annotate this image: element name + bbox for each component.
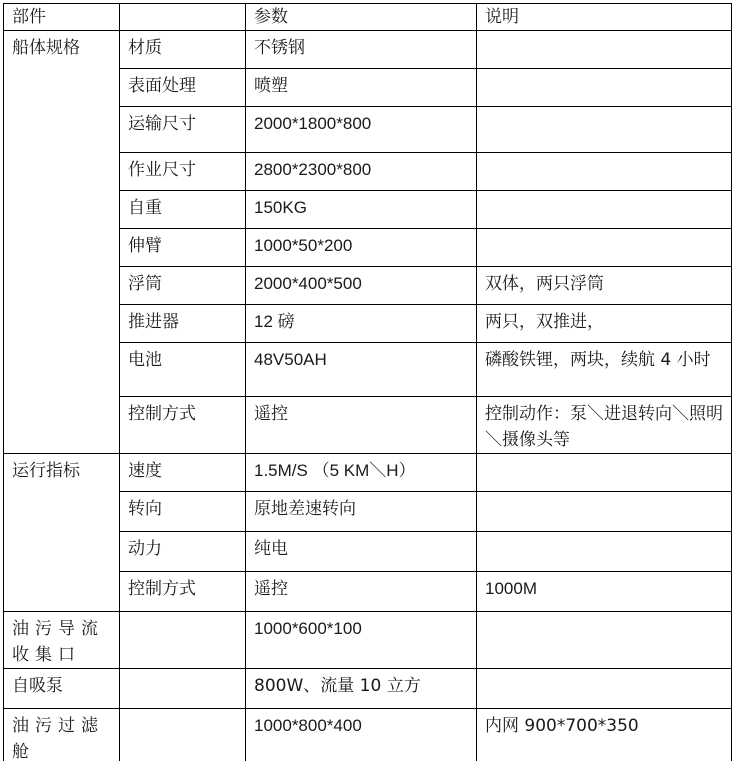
note-cell: 内网 900*700*350: [477, 709, 732, 761]
note-cell: [477, 492, 732, 532]
item-cell: 材质: [120, 31, 246, 69]
header-row: 部件 参数 说明: [4, 4, 732, 31]
part-cell: 自吸泵: [4, 669, 120, 709]
param-cell: 150KG: [246, 191, 477, 229]
header-part: 部件: [4, 4, 120, 31]
note-cell: [477, 69, 732, 107]
param-cell: 1000*600*100: [246, 612, 477, 669]
note-cell: [477, 669, 732, 709]
param-cell: 喷塑: [246, 69, 477, 107]
param-cell: 遥控: [246, 572, 477, 612]
note-cell: 磷酸铁锂，两块，续航 4 小时: [477, 343, 732, 397]
note-cell: [477, 229, 732, 267]
param-cell: 原地差速转向: [246, 492, 477, 532]
param-cell: 2000*400*500: [246, 267, 477, 305]
item-cell: 表面处理: [120, 69, 246, 107]
note-cell: [477, 612, 732, 669]
param-cell: 不锈钢: [246, 31, 477, 69]
item-cell: [120, 612, 246, 669]
table-row: 船体规格 材质 不锈钢: [4, 31, 732, 69]
param-cell: 纯电: [246, 532, 477, 572]
item-cell: 伸臂: [120, 229, 246, 267]
item-cell: 推进器: [120, 305, 246, 343]
param-cell: 1000*50*200: [246, 229, 477, 267]
item-cell: 运输尺寸: [120, 107, 246, 153]
header-param: 参数: [246, 4, 477, 31]
note-cell: [477, 31, 732, 69]
header-note: 说明: [477, 4, 732, 31]
header-item: [120, 4, 246, 31]
item-cell: 控制方式: [120, 397, 246, 454]
group-label-operation: 运行指标: [4, 454, 120, 612]
note-cell: [477, 454, 732, 492]
table-row: 油污导流收集口 1000*600*100: [4, 612, 732, 669]
param-cell: 12 磅: [246, 305, 477, 343]
param-cell: 2000*1800*800: [246, 107, 477, 153]
table-row: 油污过滤舱 1000*800*400 内网 900*700*350: [4, 709, 732, 761]
note-cell: 控制动作：泵＼进退转向＼照明＼摄像头等: [477, 397, 732, 454]
part-cell: 油污导流收集口: [4, 612, 120, 669]
param-cell: 800W、流量 10 立方: [246, 669, 477, 709]
param-cell: 1.5M/S （5 KM＼H）: [246, 454, 477, 492]
param-cell: 遥控: [246, 397, 477, 454]
param-cell: 48V50AH: [246, 343, 477, 397]
item-cell: 作业尺寸: [120, 153, 246, 191]
note-cell: [477, 153, 732, 191]
note-cell: 双体，两只浮筒: [477, 267, 732, 305]
note-cell: [477, 191, 732, 229]
part-cell: 油污过滤舱: [4, 709, 120, 761]
note-cell: 两只，双推进，: [477, 305, 732, 343]
item-cell: [120, 669, 246, 709]
spec-table: 部件 参数 说明 船体规格 材质 不锈钢 表面处理 喷塑 运输尺寸 2000*1…: [3, 3, 732, 761]
group-label-hull: 船体规格: [4, 31, 120, 454]
table-row: 自吸泵 800W、流量 10 立方: [4, 669, 732, 709]
note-cell: [477, 107, 732, 153]
param-cell: 2800*2300*800: [246, 153, 477, 191]
item-cell: 动力: [120, 532, 246, 572]
item-cell: 电池: [120, 343, 246, 397]
note-cell: 1000M: [477, 572, 732, 612]
item-cell: 控制方式: [120, 572, 246, 612]
item-cell: 速度: [120, 454, 246, 492]
item-cell: 浮筒: [120, 267, 246, 305]
item-cell: 自重: [120, 191, 246, 229]
table-row: 运行指标 速度 1.5M/S （5 KM＼H）: [4, 454, 732, 492]
item-cell: 转向: [120, 492, 246, 532]
item-cell: [120, 709, 246, 761]
param-cell: 1000*800*400: [246, 709, 477, 761]
note-cell: [477, 532, 732, 572]
